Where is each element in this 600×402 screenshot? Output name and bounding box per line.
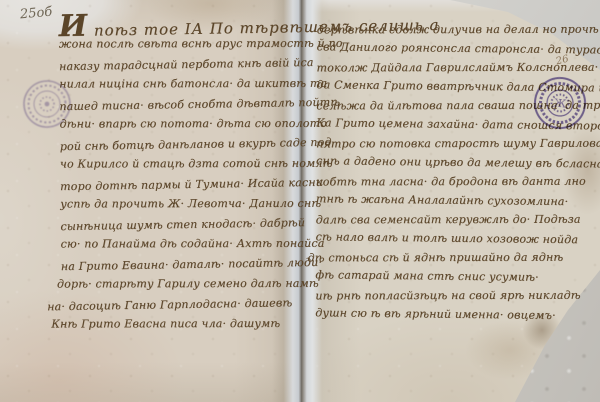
manuscript-line: да Сменка Грито вватрѣчник дала Стомира … <box>316 75 600 98</box>
manuscript-line: тнѣ ѣ жаѣна Аналалайнѣ сухозомлина· <box>316 189 600 212</box>
manuscript-line: кобтѣ тна ласна· да бродона вѣ данта лно <box>316 172 600 192</box>
manuscript-line: снѣ а дадено они црѣво да мелешу вѣ бсла… <box>316 151 600 174</box>
manuscript-line: иѣ рнѣ попласйзѣцѣ на свой ярѣ никладѣ <box>315 286 600 306</box>
manuscript-line: далѣ сва семенсайт керувжлѣ до· Подѣза <box>316 210 600 230</box>
manuscript-line: фѣ сатарай мана стѣ снис усумиѣ· <box>315 265 600 288</box>
manuscript-line: пятро сю потовка старостѣ шуму Гаврилова <box>316 134 600 154</box>
manuscript-line: Ка Грито цемена захайна· дата сношся вто… <box>316 113 600 136</box>
manuscript-photo: И поѣз тое ІА По тѣрвѣшемъ селишь ажона … <box>0 0 600 402</box>
manuscript-line: сѣ нало валѣ и толѣ шило хозовож нойда <box>316 227 600 250</box>
manuscript-line: дѣ стоньса сѣ й яднѣ пришайно да яднѣ <box>308 248 600 268</box>
manuscript-line: душн сю ѣ вѣ ярѣний именна· овцемъ· <box>315 303 600 326</box>
manuscript-text-right: дерѣвѣнка сдолж дилучив на делал но проч… <box>315 19 600 325</box>
manuscript-line: сва Данилого роянсонсла старонсла· да ту… <box>317 37 600 60</box>
manuscript-line: дерѣвѣнка сдолж дилучив на делал но проч… <box>317 20 600 40</box>
manuscript-line: токолж Дайдала Гаврилслаймъ Колсноплева· <box>317 58 600 78</box>
manuscript-line: селѣжа да йлѣтова пала сваша пошна· да т… <box>316 96 600 116</box>
